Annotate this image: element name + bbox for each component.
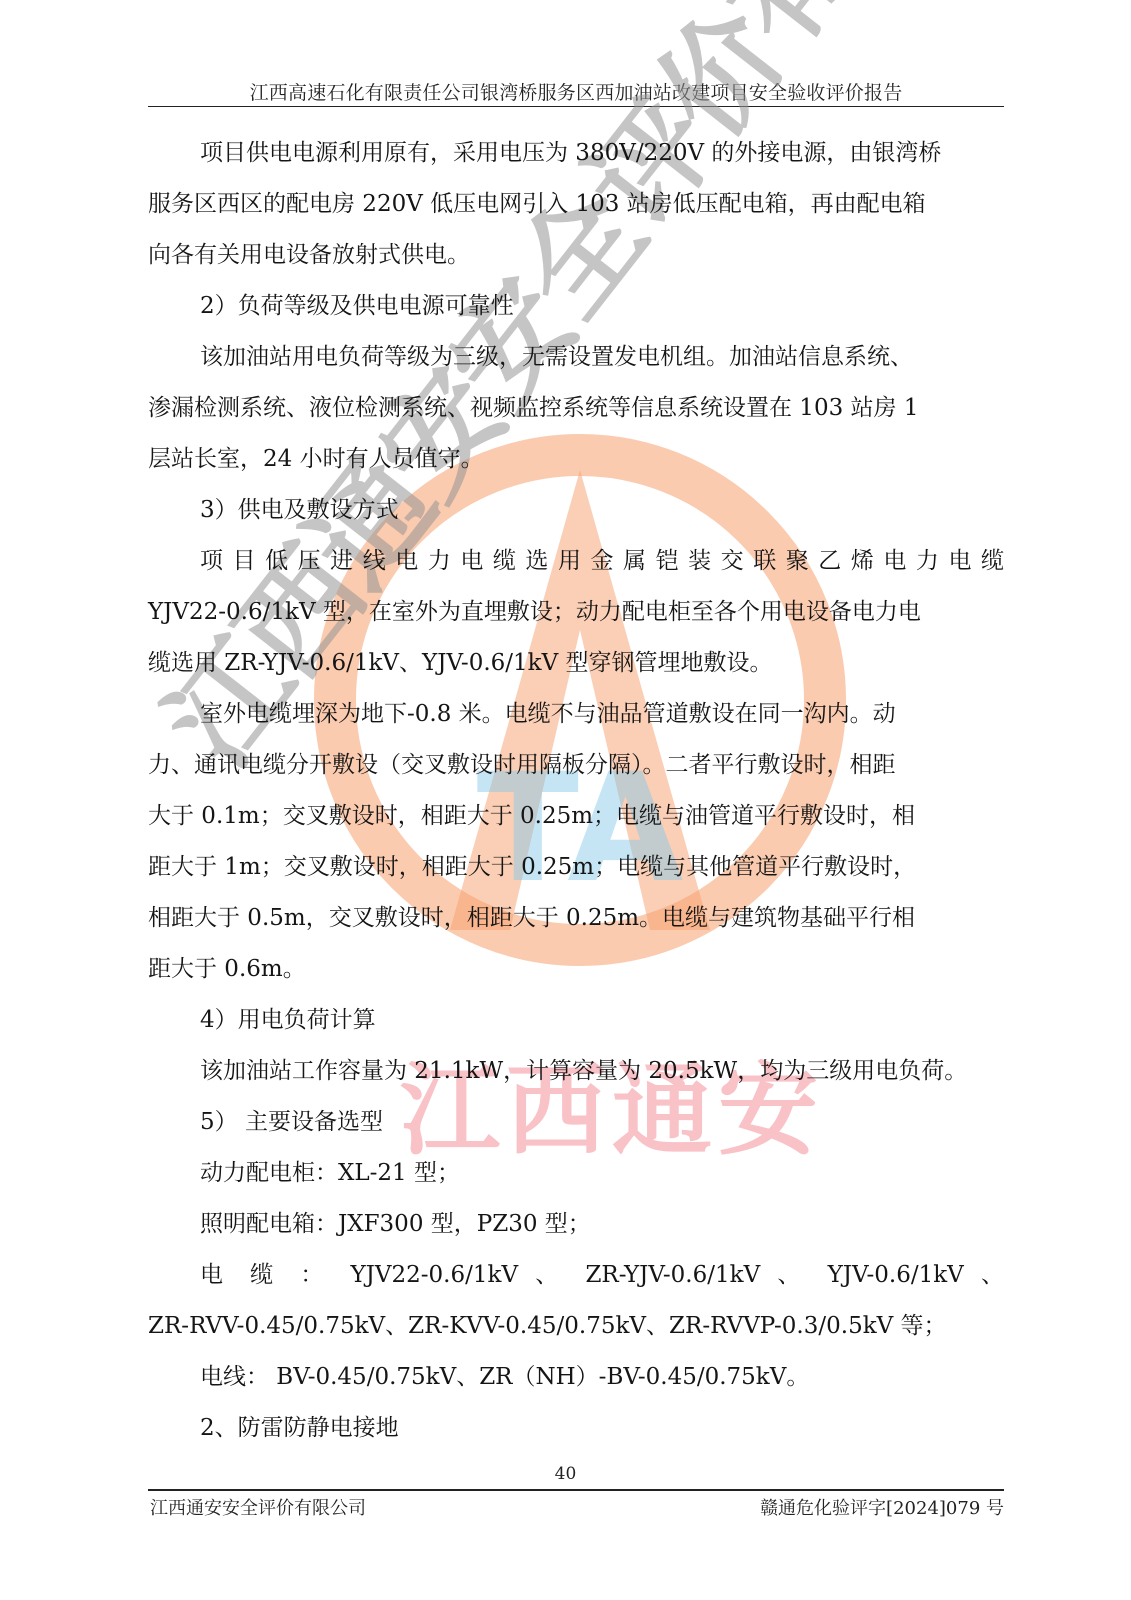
equipment-item: 电 缆 ： YJV22-0.6/1kV 、 ZR-YJV-0.6/1kV 、 Y… xyxy=(148,1250,1004,1301)
paragraph-line: YJV22-0.6/1kV 型，在室外为直埋敷设；动力配电柜至各个用电设备电力电 xyxy=(148,587,1004,638)
paragraph-line: 大于 0.1m；交叉敷设时，相距大于 0.25m；电缆与油管道平行敷设时，相 xyxy=(148,791,1004,842)
paragraph-line: 渗漏检测系统、液位检测系统、视频监控系统等信息系统设置在 103 站房 1 xyxy=(148,383,1004,434)
equipment-item: ZR-RVV-0.45/0.75kV、ZR-KVV-0.45/0.75kV、ZR… xyxy=(148,1301,1004,1352)
equipment-item: 动力配电柜：XL-21 型； xyxy=(148,1148,1004,1199)
footer-divider xyxy=(148,1489,1004,1491)
header-divider xyxy=(148,106,1004,107)
paragraph-line: 距大于 1m；交叉敷设时，相距大于 0.25m；电缆与其他管道平行敷设时， xyxy=(148,842,1004,893)
equipment-item: 照明配电箱：JXF300 型，PZ30 型； xyxy=(148,1199,1004,1250)
section-heading: 5） 主要设备选型 xyxy=(148,1097,1004,1148)
paragraph-line: 距大于 0.6m。 xyxy=(148,944,1004,995)
section-heading: 4）用电负荷计算 xyxy=(148,995,1004,1046)
paragraph-line: 缆选用 ZR-YJV-0.6/1kV、YJV-0.6/1kV 型穿钢管埋地敷设。 xyxy=(148,638,1004,689)
page-number: 40 xyxy=(0,1464,1131,1484)
paragraph-line: 室外电缆埋深为地下-0.8 米。电缆不与油品管道敷设在同一沟内。动 xyxy=(148,689,1004,740)
footer-report-number: 赣通危化验评字[2024]079 号 xyxy=(760,1494,1004,1520)
running-header-title: 江西高速石化有限责任公司银湾桥服务区西加油站改建项目安全验收评价报告 xyxy=(148,78,1004,105)
paragraph-line: 相距大于 0.5m，交叉敷设时，相距大于 0.25m。电缆与建筑物基础平行相 xyxy=(148,893,1004,944)
section-heading: 3）供电及敷设方式 xyxy=(148,485,1004,536)
paragraph-line: 项目低压进线电力电缆选用金属铠装交联聚乙烯电力电缆 xyxy=(148,536,1004,587)
paragraph-line: 服务区西区的配电房 220V 低压电网引入 103 站房低压配电箱，再由配电箱 xyxy=(148,179,1004,230)
paragraph-line: 力、通讯电缆分开敷设（交叉敷设时用隔板分隔）。二者平行敷设时，相距 xyxy=(148,740,1004,791)
paragraph-line: 层站长室，24 小时有人员值守。 xyxy=(148,434,1004,485)
paragraph-line: 向各有关用电设备放射式供电。 xyxy=(148,230,1004,281)
equipment-item: 电线： BV-0.45/0.75kV、ZR（NH）-BV-0.45/0.75kV… xyxy=(148,1352,1004,1403)
document-body: 项目供电电源利用原有，采用电压为 380V/220V 的外接电源，由银湾桥 服务… xyxy=(148,128,1004,1454)
paragraph-line: 该加油站工作容量为 21.1kW，计算容量为 20.5kW，均为三级用电负荷。 xyxy=(148,1046,1004,1097)
paragraph-line: 项目供电电源利用原有，采用电压为 380V/220V 的外接电源，由银湾桥 xyxy=(148,128,1004,179)
section-heading: 2、防雷防静电接地 xyxy=(148,1403,1004,1454)
footer-company: 江西通安安全评价有限公司 xyxy=(150,1494,366,1520)
section-heading: 2）负荷等级及供电电源可靠性 xyxy=(148,281,1004,332)
paragraph-line: 该加油站用电负荷等级为三级，无需设置发电机组。加油站信息系统、 xyxy=(148,332,1004,383)
document-page: 江西高速石化有限责任公司银湾桥服务区西加油站改建项目安全验收评价报告 TA 江西… xyxy=(0,0,1131,1600)
